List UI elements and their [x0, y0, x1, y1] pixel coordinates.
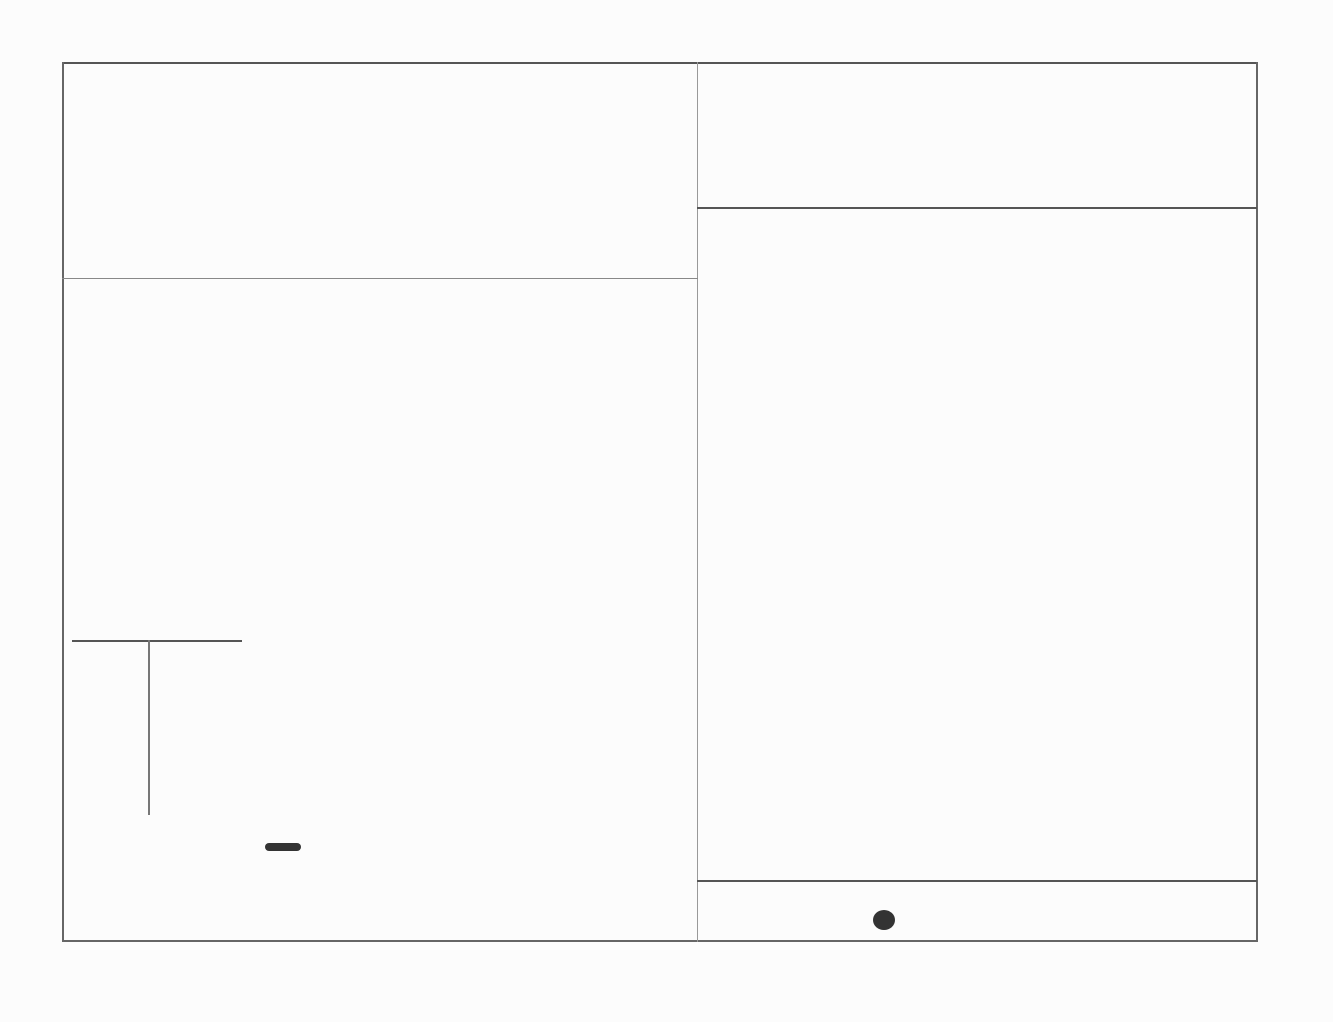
ink-blot	[873, 910, 895, 930]
damage-col-line	[148, 640, 150, 815]
damage-top-line	[72, 640, 242, 642]
frame-bottom-line	[62, 940, 1258, 942]
trouble-analysis-card	[0, 0, 1333, 1022]
ink-strike	[265, 843, 301, 851]
footer-top-line	[697, 880, 1257, 882]
frame-top-line	[62, 62, 1258, 64]
frame-right-line	[1256, 62, 1258, 942]
personnel-line	[62, 278, 698, 279]
analysis-top-line	[697, 207, 1257, 209]
center-divider	[697, 62, 698, 942]
frame-left-line	[62, 62, 64, 942]
